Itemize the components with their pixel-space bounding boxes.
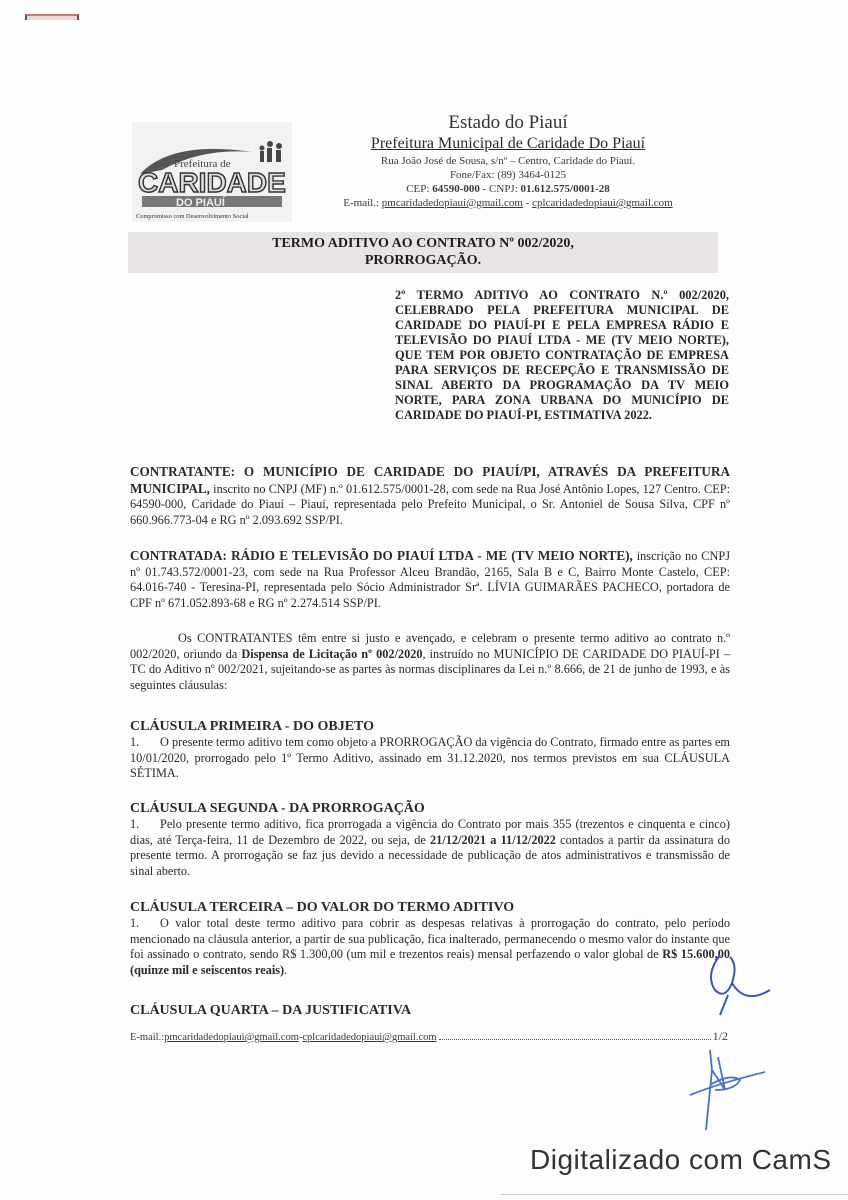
- state-name: Estado do Piauí: [298, 112, 718, 134]
- contract-summary: 2º TERMO ADITIVO AO CONTRATO N.º 002/202…: [395, 288, 729, 423]
- svg-text:DO PIAUÍ: DO PIAUÍ: [176, 196, 226, 209]
- contratada-paragraph: CONTRATADA: RÁDIO E TELEVISÃO DO PIAUÍ L…: [130, 548, 730, 611]
- clause-4: CLÁUSULA QUARTA – DA JUSTIFICATIVA: [130, 1002, 730, 1019]
- clause-1: CLÁUSULA PRIMEIRA - DO OBJETO 1.O presen…: [130, 718, 730, 782]
- bottom-rule: [500, 1194, 848, 1195]
- clause-heading: CLÁUSULA TERCEIRA – DO VALOR DO TERMO AD…: [130, 899, 730, 916]
- phone: Fone/Fax: (89) 3464-0125: [298, 168, 718, 182]
- letterhead: Prefeitura de CARIDADE DO PIAUÍ Compromi…: [128, 112, 728, 222]
- email-link-1[interactable]: pmcaridadedopiaui@gmail.com: [382, 197, 523, 209]
- page-number: 1/2: [713, 1029, 728, 1044]
- prefecture-name: Prefeitura Municipal de Caridade Do Piau…: [298, 134, 718, 154]
- scanner-watermark: Digitalizado com CamS: [530, 1144, 832, 1176]
- scan-mark: [25, 14, 79, 20]
- clause-heading: CLÁUSULA PRIMEIRA - DO OBJETO: [130, 718, 730, 735]
- preamble-paragraph: Os CONTRATANTES têm entre si justo e ave…: [130, 631, 730, 693]
- header-emails: E-mail.: pmcaridadedopiaui@gmail.com - c…: [298, 196, 718, 210]
- cep-cnpj: CEP: 64590-000 - CNPJ: 01.612.575/0001-2…: [298, 182, 718, 196]
- cep: 64590-000: [432, 183, 480, 195]
- page-footer: E-mail.: pmcaridadedopiaui@gmail.com - c…: [130, 1029, 728, 1044]
- address: Rua João José de Sousa, s/nº – Centro, C…: [298, 154, 718, 168]
- cnpj: 01.612.575/0001-28: [521, 183, 610, 195]
- clause-3: CLÁUSULA TERCEIRA – DO VALOR DO TERMO AD…: [130, 899, 730, 978]
- signature-initials: [700, 945, 780, 1030]
- footer-email-1[interactable]: pmcaridadedopiaui@gmail.com: [164, 1032, 299, 1043]
- clause-heading: CLÁUSULA QUARTA – DA JUSTIFICATIVA: [130, 1002, 730, 1019]
- svg-text:CARIDADE: CARIDADE: [138, 167, 286, 198]
- footer-email-2[interactable]: cplcaridadedopiaui@gmail.com: [302, 1032, 436, 1043]
- signature-mark: [680, 1045, 790, 1140]
- contratante-paragraph: CONTRATANTE: O MUNICÍPIO DE CARIDADE DO …: [130, 464, 730, 528]
- email-link-2[interactable]: cplcaridadedopiaui@gmail.com: [532, 197, 673, 209]
- dot-leader: [439, 1031, 711, 1040]
- organization-block: Estado do Piauí Prefeitura Municipal de …: [298, 112, 718, 210]
- clause-heading: CLÁUSULA SEGUNDA - DA PRORROGAÇÃO: [130, 800, 730, 817]
- municipality-logo: Prefeitura de CARIDADE DO PIAUÍ Compromi…: [132, 122, 292, 222]
- svg-text:Compromisso com Desenvolviment: Compromisso com Desenvolvimento Social: [136, 213, 249, 220]
- document-title: TERMO ADITIVO AO CONTRATO Nº 002/2020, P…: [128, 232, 718, 273]
- clause-2: CLÁUSULA SEGUNDA - DA PRORROGAÇÃO 1.Pelo…: [130, 800, 730, 879]
